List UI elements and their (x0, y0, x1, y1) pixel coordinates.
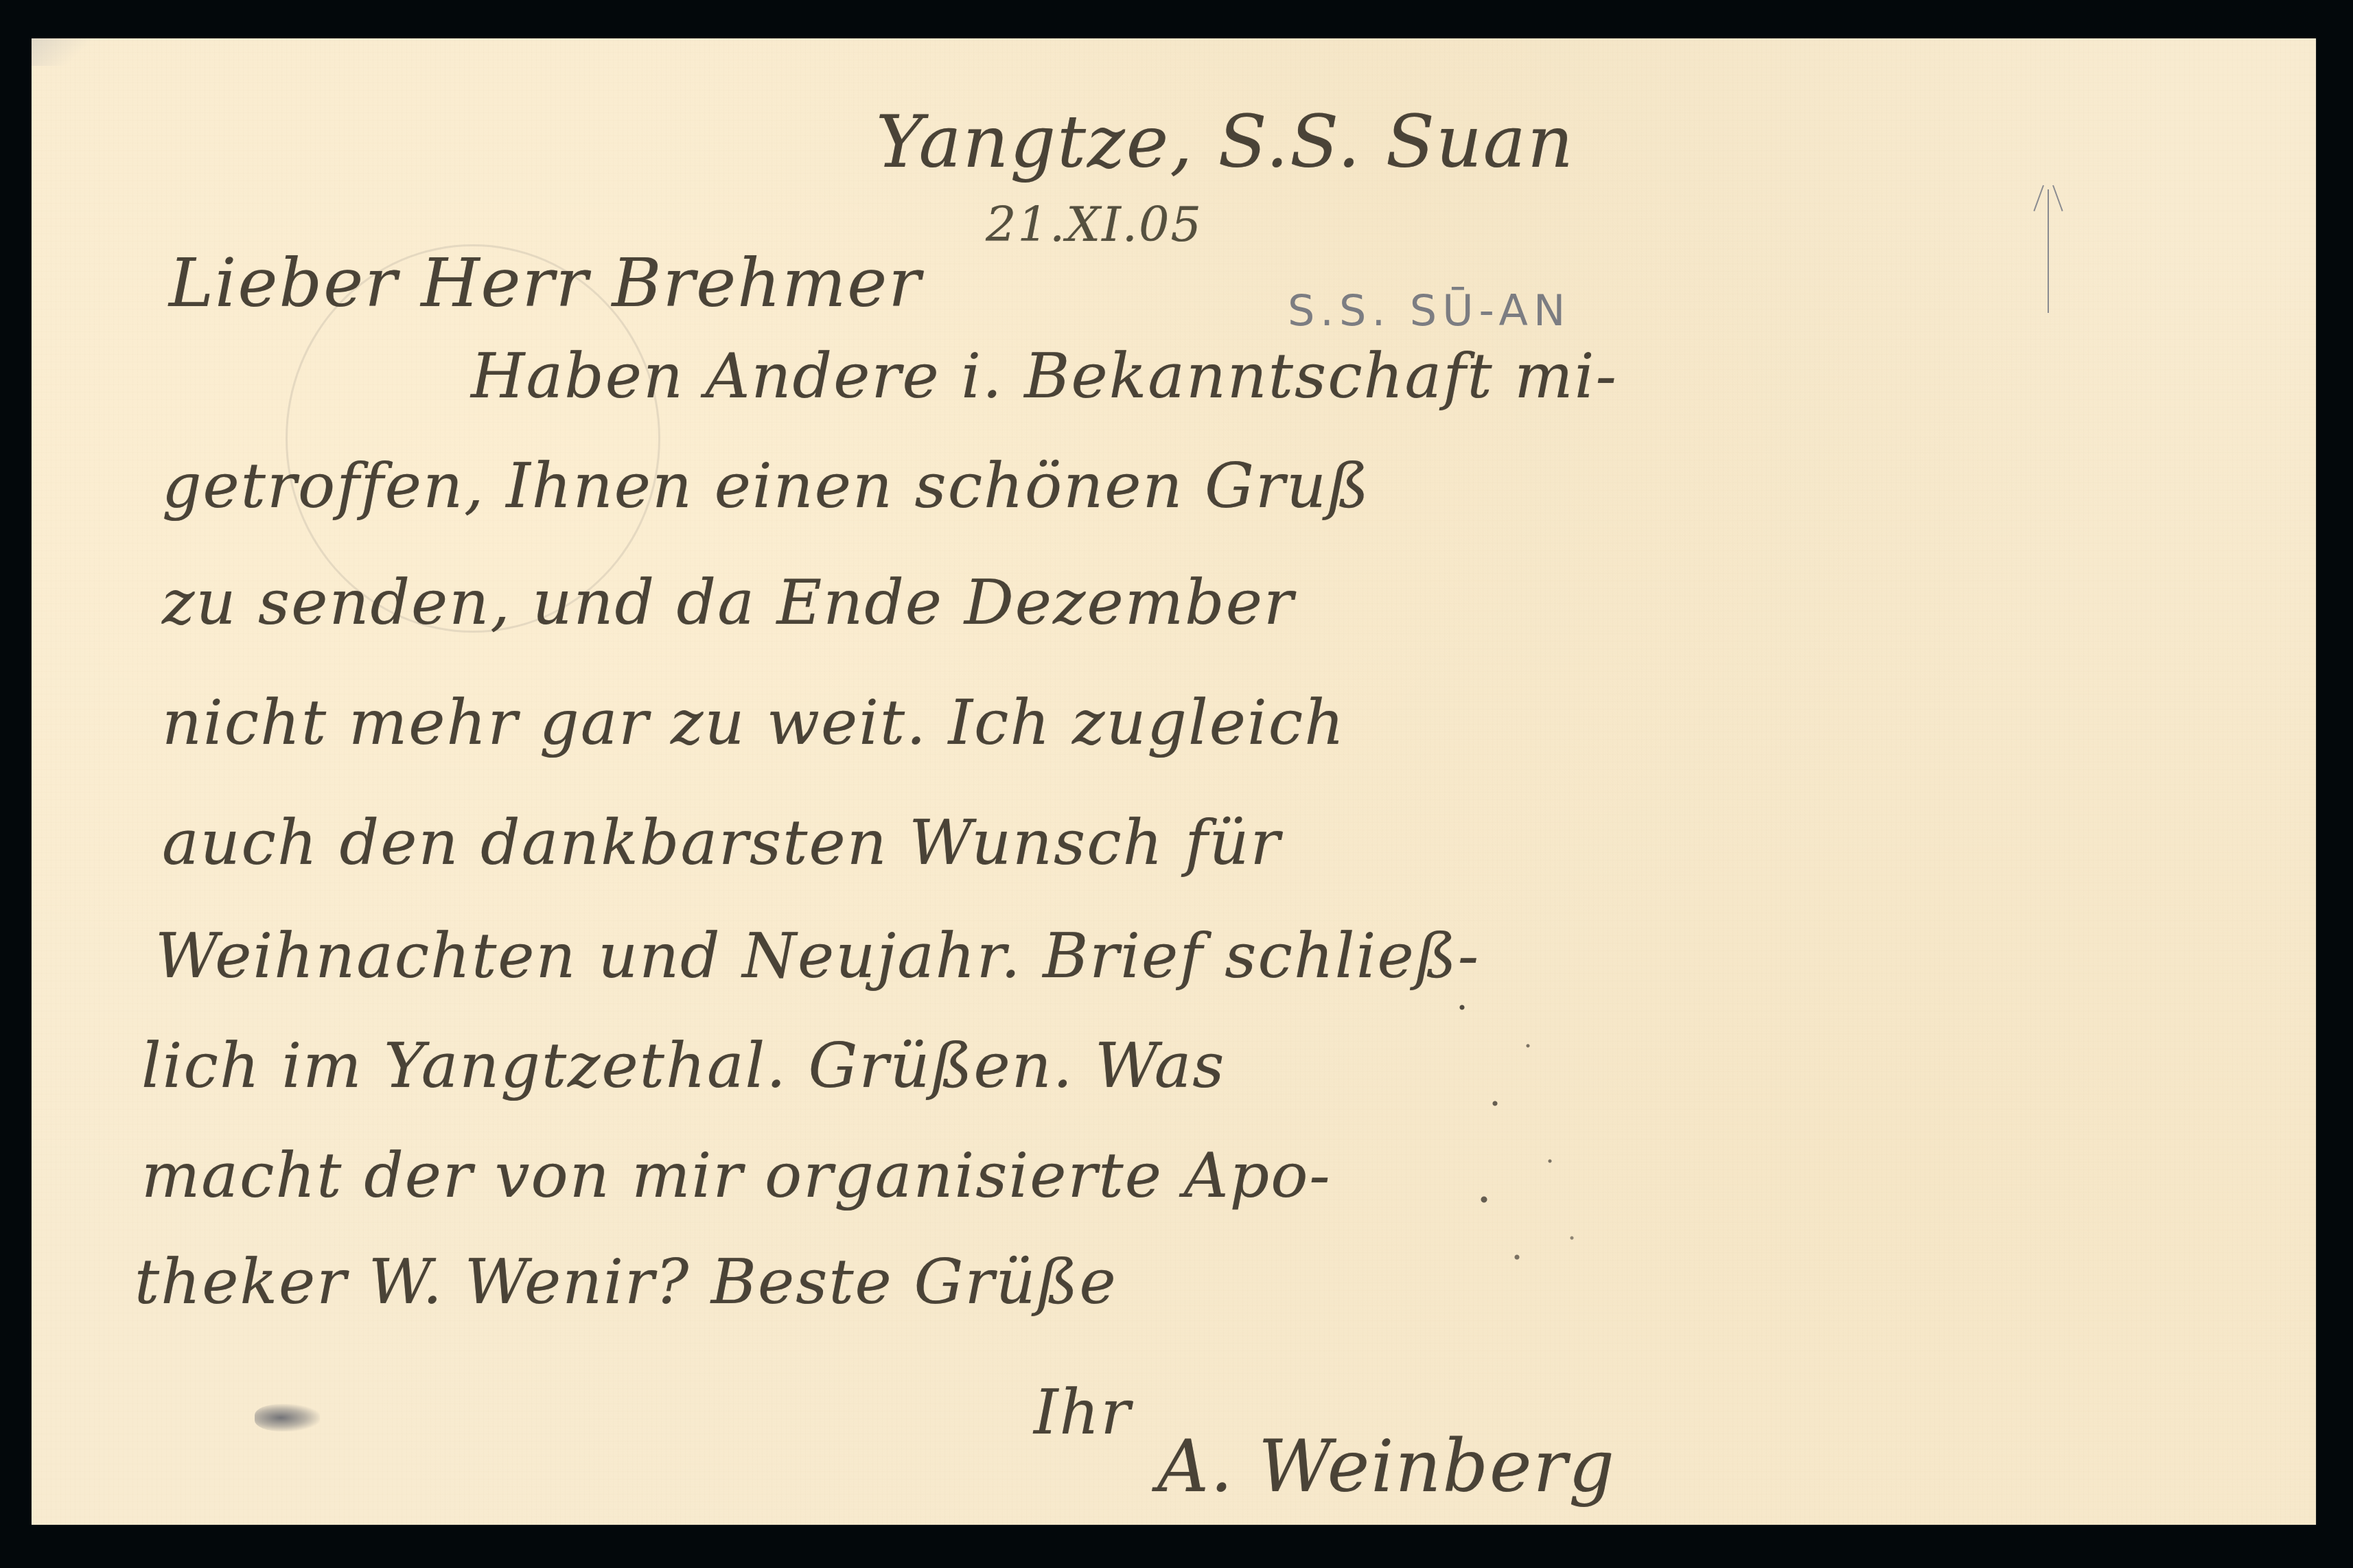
postcard-paper: Yangtze, S.S. Suan 21.XI.05 S.S. SŪ-AN L… (32, 38, 2316, 1525)
header-date: 21.XI.05 (986, 196, 1203, 253)
salutation: Lieber Herr Brehmer (169, 244, 922, 323)
pencil-ship-annotation: S.S. SŪ-AN (1288, 285, 1570, 336)
up-arrow-icon (2039, 183, 2057, 313)
scanned-postcard: Yangtze, S.S. Suan 21.XI.05 S.S. SŪ-AN L… (0, 0, 2353, 1568)
letter-line: macht der von mir organisierte Apo- (141, 1140, 1332, 1212)
letter-line: theker W. Wenir? Beste Grüße (135, 1246, 1117, 1318)
letter-line: zu senden, und da Ende Dezember (162, 567, 1295, 639)
signature: A. Weinberg (1157, 1425, 1616, 1508)
corner-wear (32, 38, 93, 66)
header-place-line: Yangtze, S.S. Suan (876, 100, 1575, 184)
letter-line: Weihnachten und Neujahr. Brief schließ- (155, 920, 1480, 992)
ink-smudge (255, 1404, 320, 1431)
letter-line: Haben Andere i. Bekanntschaft mi- (471, 340, 1618, 412)
closing: Ihr (1034, 1377, 1132, 1449)
letter-line: lich im Yangtzethal. Grüßen. Was (141, 1030, 1226, 1102)
letter-line: nicht mehr gar zu weit. Ich zugleich (162, 687, 1345, 759)
letter-line: auch den dankbarsten Wunsch für (162, 807, 1282, 879)
letter-line: getroffen, Ihnen einen schönen Gruß (162, 450, 1370, 522)
